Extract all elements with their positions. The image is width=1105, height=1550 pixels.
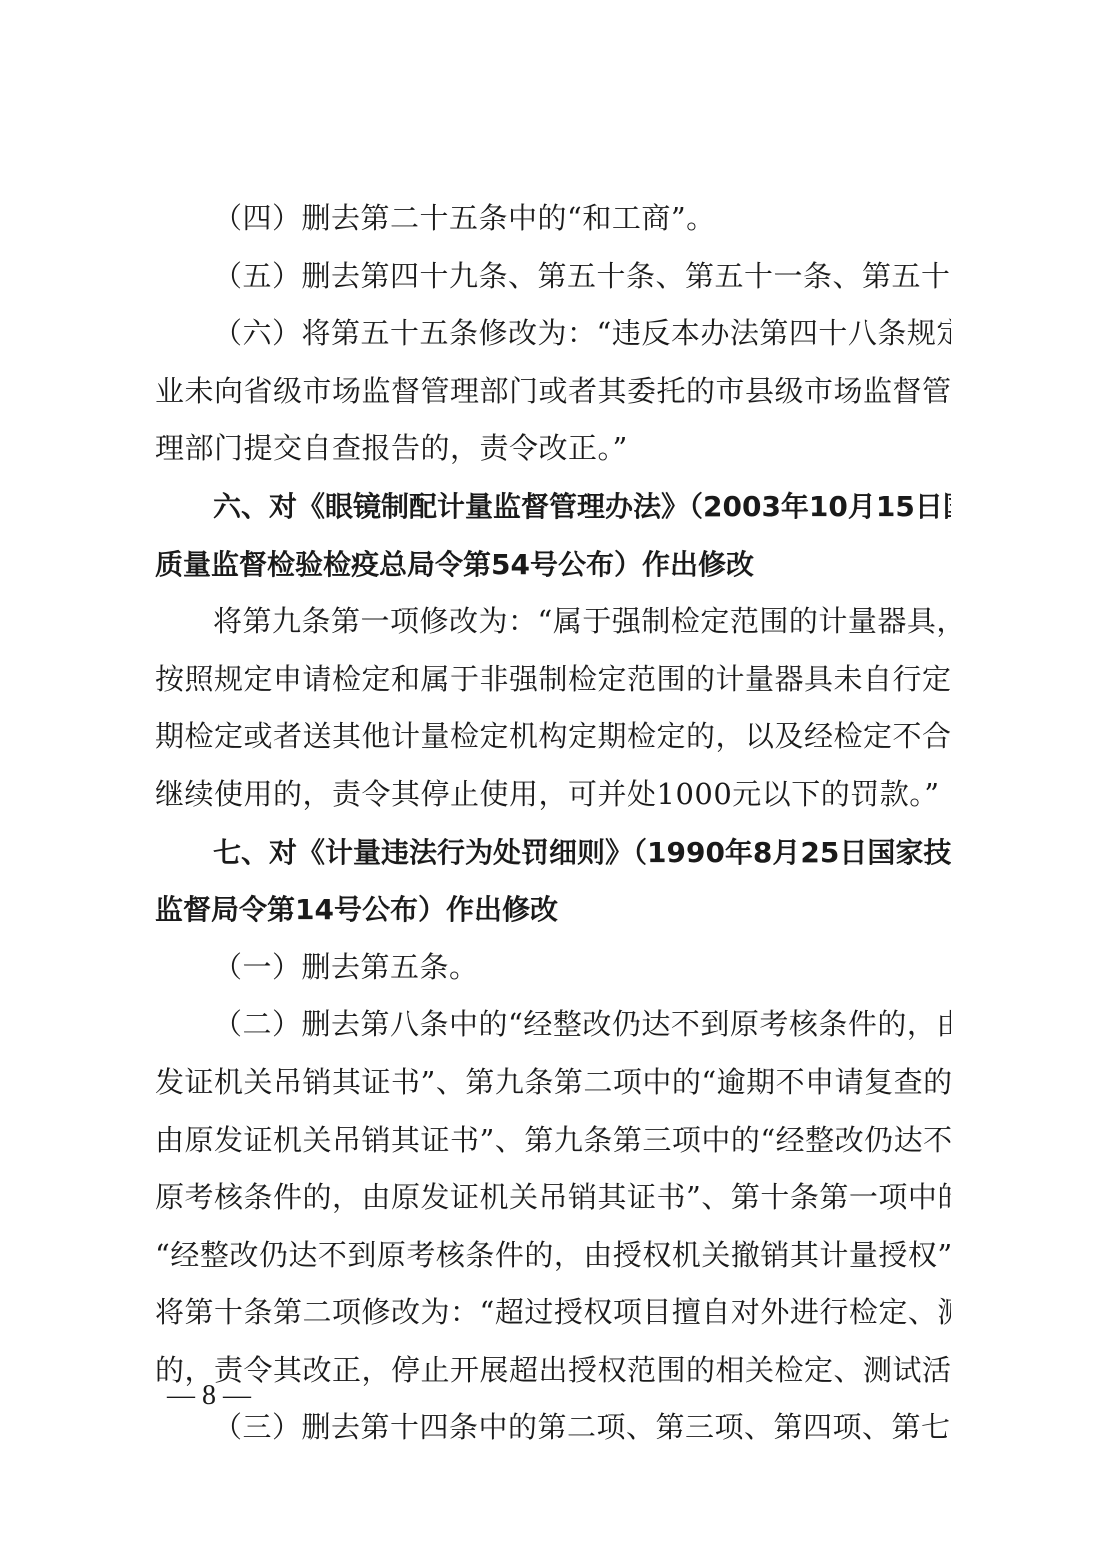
heading-line: 七、对《计量违法行为处罚细则》（1990年8月25日国家技术 bbox=[155, 824, 951, 882]
text-line: 将第九条第一项修改为：“属于强制检定范围的计量器具，未 bbox=[155, 593, 951, 651]
text-line: （一）删去第五条。 bbox=[155, 939, 951, 997]
text-line: 业未向省级市场监督管理部门或者其委托的市县级市场监督管 bbox=[155, 363, 951, 421]
section-heading-7: 七、对《计量违法行为处罚细则》（1990年8月25日国家技术 监督局令第14号公… bbox=[155, 824, 951, 939]
paragraph-body-6: 将第九条第一项修改为：“属于强制检定范围的计量器具，未 按照规定申请检定和属于非… bbox=[155, 593, 951, 823]
heading-line: 六、对《眼镜制配计量监督管理办法》（2003年10月15日国家 bbox=[155, 478, 951, 536]
text-line: （五）删去第四十九条、第五十条、第五十一条、第五十二条。 bbox=[155, 248, 951, 306]
section-heading-6: 六、对《眼镜制配计量监督管理办法》（2003年10月15日国家 质量监督检验检疫… bbox=[155, 478, 951, 593]
text-line: 继续使用的，责令其停止使用，可并处1000元以下的罚款。” bbox=[155, 766, 951, 824]
paragraph-item-1: （一）删去第五条。 bbox=[155, 939, 951, 997]
text-line: 将第十条第二项修改为：“超过授权项目擅自对外进行检定、测试 bbox=[155, 1284, 951, 1342]
document-page: （四）删去第二十五条中的“和工商”。 （五）删去第四十九条、第五十条、第五十一条… bbox=[155, 190, 951, 1457]
paragraph-item-5: （五）删去第四十九条、第五十条、第五十一条、第五十二条。 bbox=[155, 248, 951, 306]
text-line: 的，责令其改正，停止开展超出授权范围的相关检定、测试活动。” bbox=[155, 1342, 951, 1400]
heading-line: 监督局令第14号公布）作出修改 bbox=[155, 881, 951, 939]
paragraph-item-2: （二）删去第八条中的“经整改仍达不到原考核条件的，由原 发证机关吊销其证书”、第… bbox=[155, 996, 951, 1399]
text-line: 发证机关吊销其证书”、第九条第二项中的“逾期不申请复查的， bbox=[155, 1054, 951, 1112]
text-line: 理部门提交自查报告的，责令改正。” bbox=[155, 420, 951, 478]
page-number: — 8 — bbox=[167, 1366, 251, 1426]
text-line: 期检定或者送其他计量检定机构定期检定的，以及经检定不合格 bbox=[155, 708, 951, 766]
text-line: 由原发证机关吊销其证书”、第九条第三项中的“经整改仍达不到 bbox=[155, 1112, 951, 1170]
text-line: （二）删去第八条中的“经整改仍达不到原考核条件的，由原 bbox=[155, 996, 951, 1054]
text-line: （三）删去第十四条中的第二项、第三项、第四项、第七项。 bbox=[155, 1399, 951, 1457]
text-line: 原考核条件的，由原发证机关吊销其证书”、第十条第一项中的 bbox=[155, 1169, 951, 1227]
text-line: 按照规定申请检定和属于非强制检定范围的计量器具未自行定 bbox=[155, 651, 951, 709]
text-line: （四）删去第二十五条中的“和工商”。 bbox=[155, 190, 951, 248]
paragraph-item-4: （四）删去第二十五条中的“和工商”。 bbox=[155, 190, 951, 248]
text-line: （六）将第五十五条修改为：“违反本办法第四十八条规定，企 bbox=[155, 305, 951, 363]
paragraph-item-3: （三）删去第十四条中的第二项、第三项、第四项、第七项。 bbox=[155, 1399, 951, 1457]
paragraph-item-6: （六）将第五十五条修改为：“违反本办法第四十八条规定，企 业未向省级市场监督管理… bbox=[155, 305, 951, 478]
text-line: “经整改仍达不到原考核条件的，由授权机关撤销其计量授权”； bbox=[155, 1227, 951, 1285]
heading-line: 质量监督检验检疫总局令第54号公布）作出修改 bbox=[155, 536, 951, 594]
